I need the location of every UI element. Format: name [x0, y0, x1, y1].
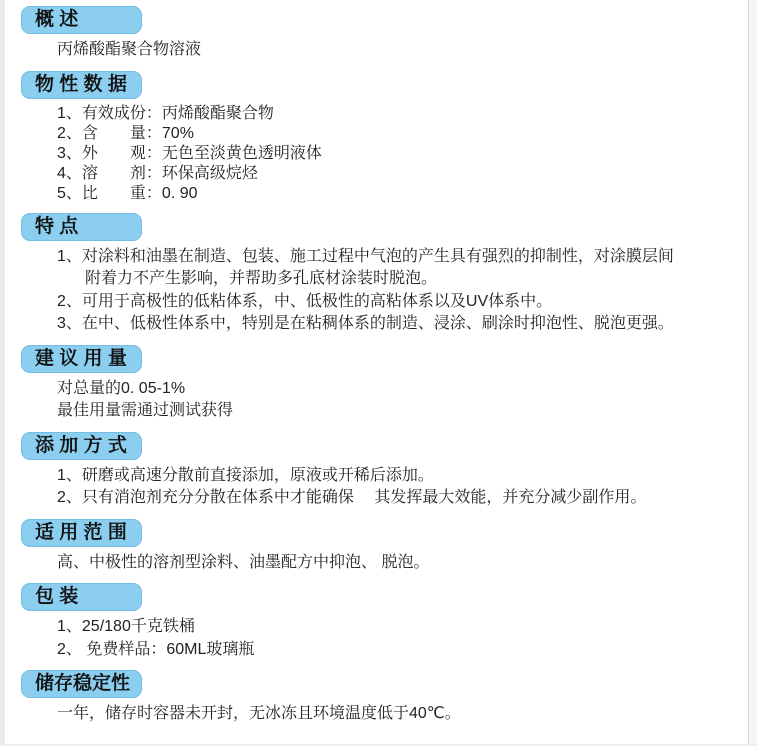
section-application-scope: 适 用 范 围 高、中极性的溶剂型涂料、油墨配方中抑泡、 脱泡。 [21, 519, 740, 575]
datasheet-content: 概 述 丙烯酸酯聚合物溶液 物 性 数 据 1、有效成份：丙烯酸酯聚合物 2、含… [5, 0, 740, 735]
body-line: 高、中极性的溶剂型涂料、油墨配方中抑泡、 脱泡。 [21, 552, 740, 575]
body-line: 2、 免费样品：60ML玻璃瓶 [21, 639, 740, 662]
section-body-storage-stability: 一年，储存时容器未开封，无冰冻且环境温度低于40℃。 [21, 703, 740, 726]
section-header-storage-stability: 储存稳定性 [21, 670, 142, 698]
body-line: 2、可用于高极性的低粘体系，中、低极性的高粘体系以及UV体系中。 [21, 291, 740, 314]
product-datasheet-page: 概 述 丙烯酸酯聚合物溶液 物 性 数 据 1、有效成份：丙烯酸酯聚合物 2、含… [0, 0, 757, 746]
section-packaging: 包 装 1、25/180千克铁桶 2、 免费样品：60ML玻璃瓶 [21, 583, 740, 661]
body-line: 1、对涂料和油墨在制造、包装、施工过程中气泡的产生具有强烈的抑制性，对涂膜层间 [21, 246, 740, 269]
body-line: 2、含 量：70% [21, 124, 740, 144]
body-line: 3、在中、低极性体系中，特别是在粘稠体系的制造、浸涂、刷涂时抑泡性、脱泡更强。 [21, 313, 740, 336]
body-line: 1、25/180千克铁桶 [21, 616, 740, 639]
section-body-application-scope: 高、中极性的溶剂型涂料、油墨配方中抑泡、 脱泡。 [21, 552, 740, 575]
section-body-overview: 丙烯酸酯聚合物溶液 [21, 39, 740, 62]
section-body-suggested-dosage: 对总量的0. 05-1% 最佳用量需通过测试获得 [21, 378, 740, 423]
body-line: 附着力不产生影响，并帮助多孔底材涂装时脱泡。 [21, 268, 740, 291]
body-line: 1、有效成份：丙烯酸酯聚合物 [21, 104, 740, 124]
section-features: 特 点 1、对涂料和油墨在制造、包装、施工过程中气泡的产生具有强烈的抑制性，对涂… [21, 213, 740, 336]
body-line: 最佳用量需通过测试获得 [21, 400, 740, 423]
section-header-overview: 概 述 [21, 6, 142, 34]
section-storage-stability: 储存稳定性 一年，储存时容器未开封，无冰冻且环境温度低于40℃。 [21, 670, 740, 726]
body-line: 4、溶 剂：环保高级烷烃 [21, 164, 740, 184]
body-line: 丙烯酸酯聚合物溶液 [21, 39, 740, 62]
body-line: 3、外 观：无色至淡黄色透明液体 [21, 144, 740, 164]
section-body-features: 1、对涂料和油墨在制造、包装、施工过程中气泡的产生具有强烈的抑制性，对涂膜层间 … [21, 246, 740, 336]
body-line: 一年，储存时容器未开封，无冰冻且环境温度低于40℃。 [21, 703, 740, 726]
body-line: 5、比 重：0. 90 [21, 184, 740, 204]
section-body-packaging: 1、25/180千克铁桶 2、 免费样品：60ML玻璃瓶 [21, 616, 740, 661]
section-body-physical-data: 1、有效成份：丙烯酸酯聚合物 2、含 量：70% 3、外 观：无色至淡黄色透明液… [21, 104, 740, 204]
section-physical-data: 物 性 数 据 1、有效成份：丙烯酸酯聚合物 2、含 量：70% 3、外 观：无… [21, 71, 740, 204]
body-line: 对总量的0. 05-1% [21, 378, 740, 401]
section-header-suggested-dosage: 建 议 用 量 [21, 345, 142, 373]
section-body-addition-method: 1、研磨或高速分散前直接添加，原液或开稀后添加。 2、只有消泡剂充分分散在体系中… [21, 465, 740, 510]
section-suggested-dosage: 建 议 用 量 对总量的0. 05-1% 最佳用量需通过测试获得 [21, 345, 740, 423]
section-overview: 概 述 丙烯酸酯聚合物溶液 [21, 6, 740, 62]
section-header-features: 特 点 [21, 213, 142, 241]
section-header-physical-data: 物 性 数 据 [21, 71, 142, 99]
section-header-packaging: 包 装 [21, 583, 142, 611]
body-line: 1、研磨或高速分散前直接添加，原液或开稀后添加。 [21, 465, 740, 488]
page-right-margin [748, 0, 757, 746]
section-header-addition-method: 添 加 方 式 [21, 432, 142, 460]
body-line: 2、只有消泡剂充分分散在体系中才能确保 其发挥最大效能，并充分减少副作用。 [21, 487, 740, 510]
section-addition-method: 添 加 方 式 1、研磨或高速分散前直接添加，原液或开稀后添加。 2、只有消泡剂… [21, 432, 740, 510]
section-header-application-scope: 适 用 范 围 [21, 519, 142, 547]
